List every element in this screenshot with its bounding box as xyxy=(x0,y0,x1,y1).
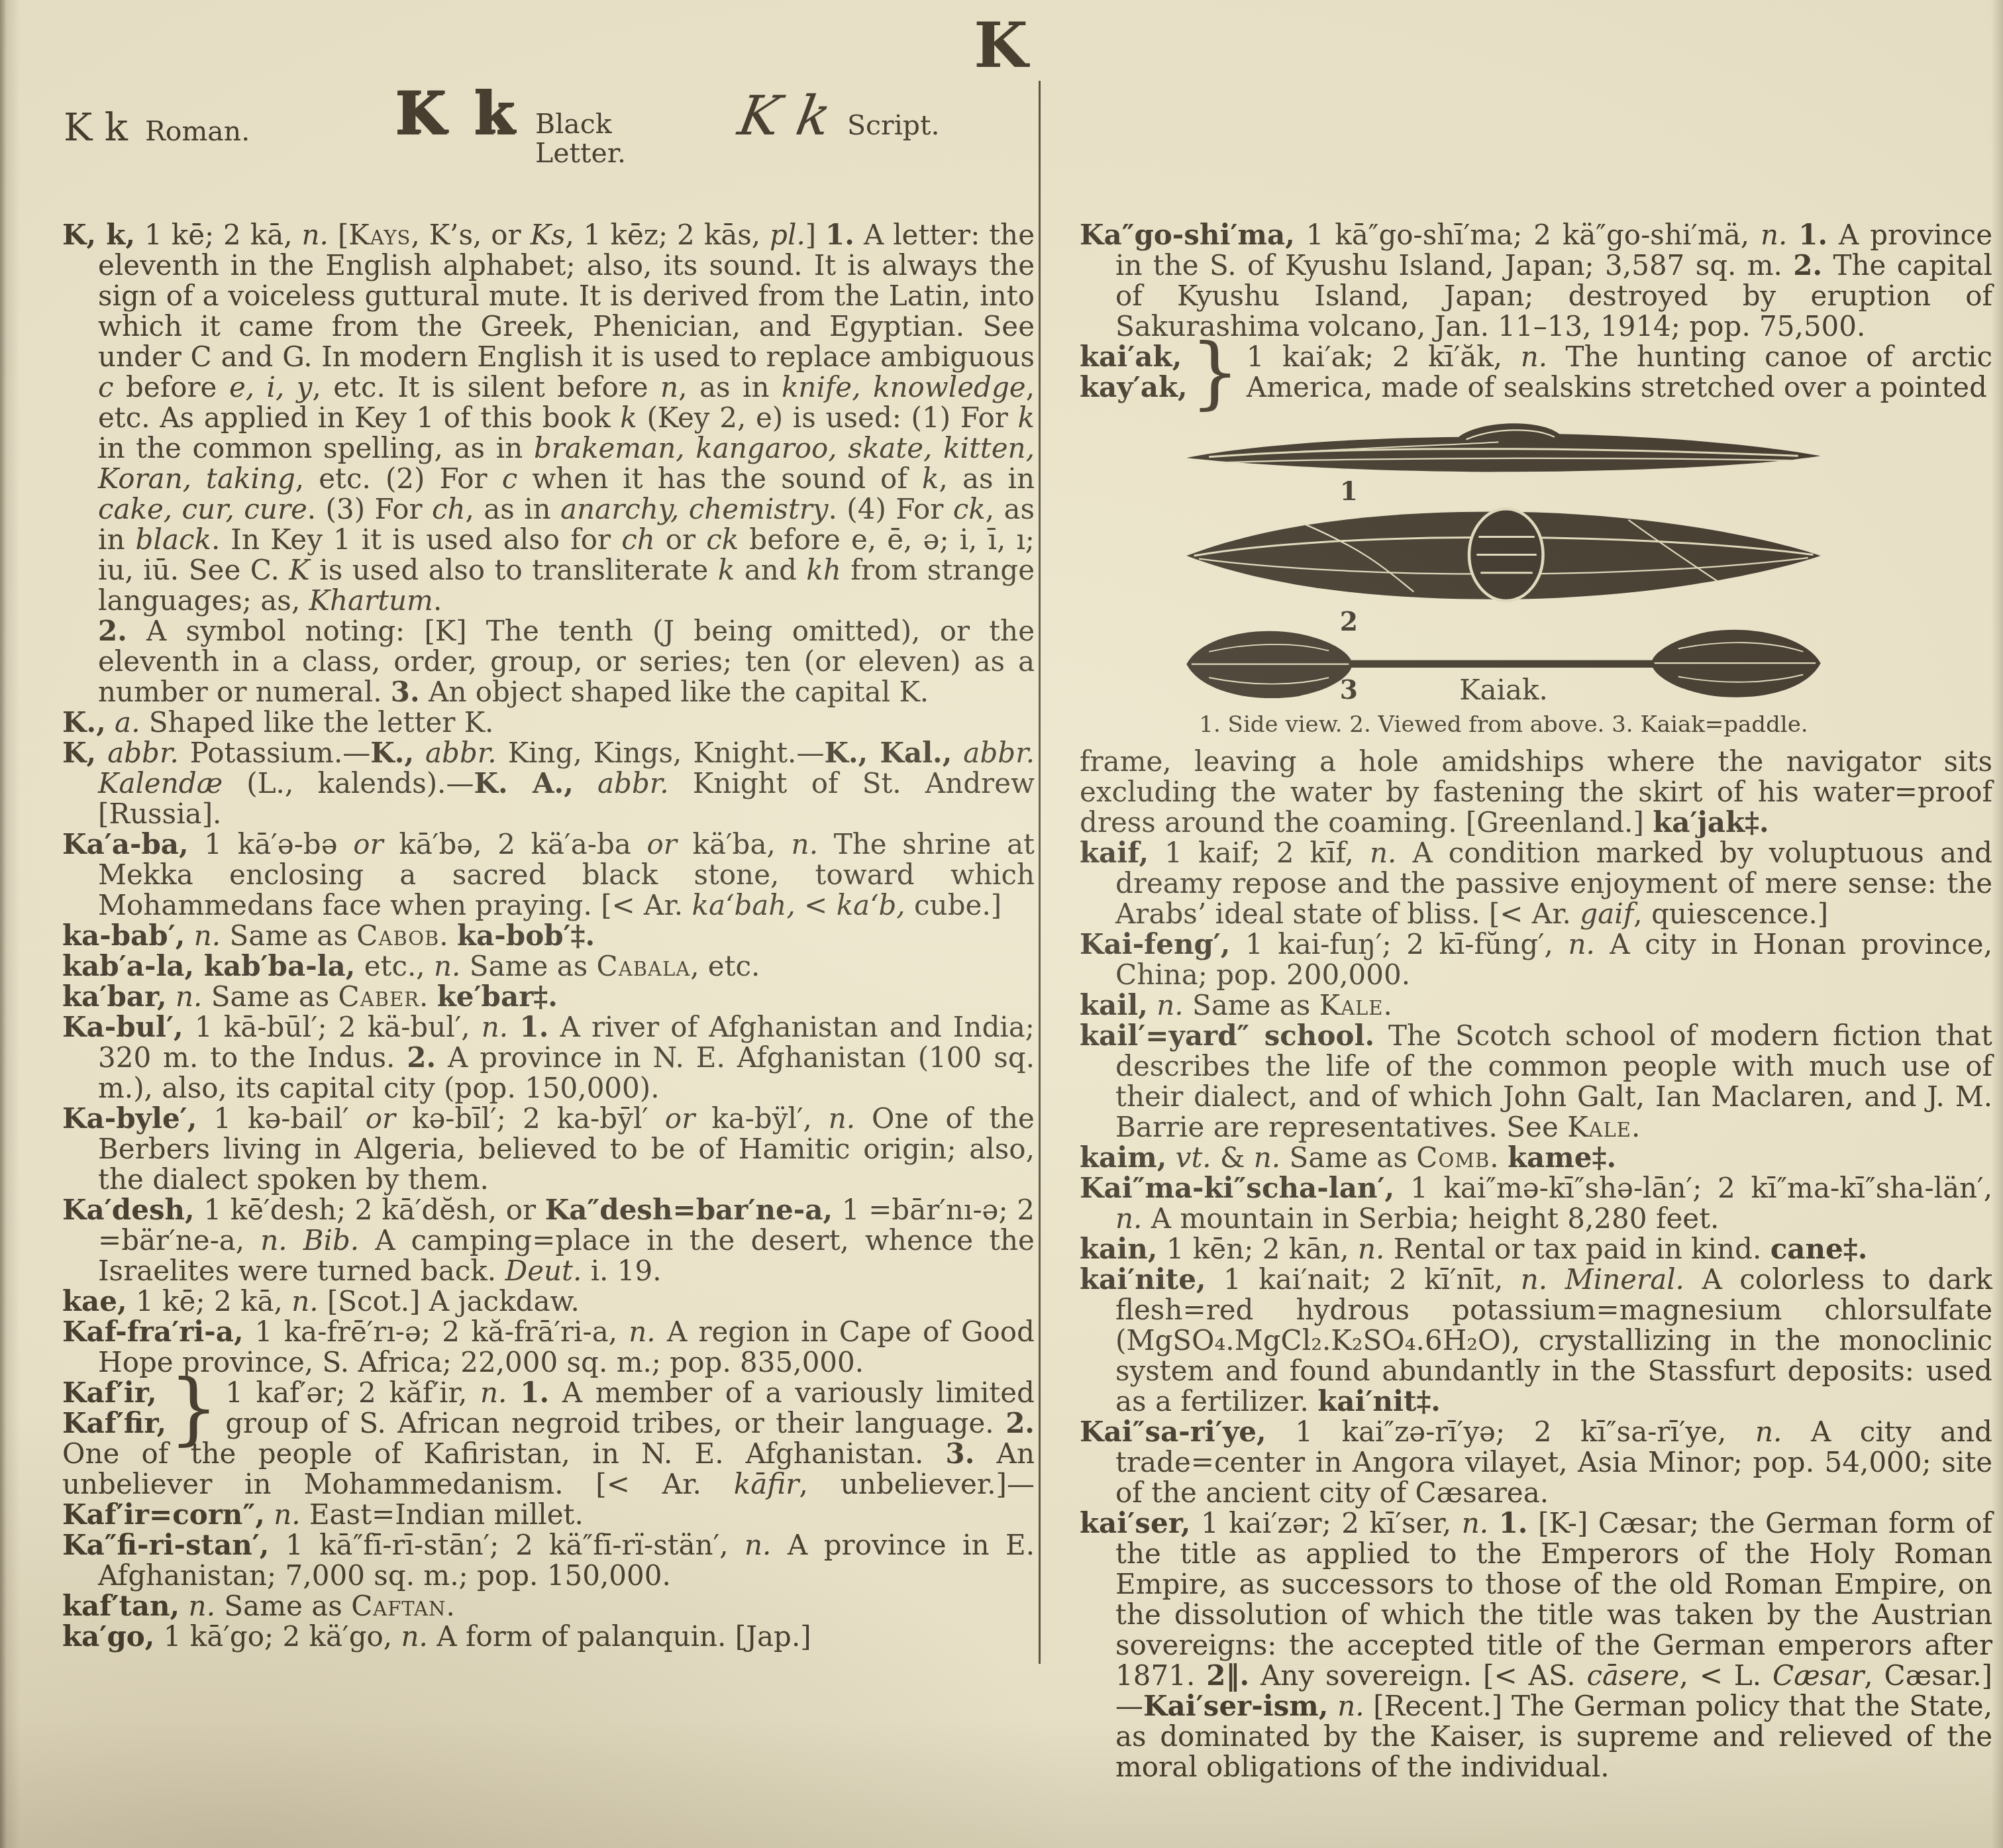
dictionary-entry: kail, n. Same as Kale. xyxy=(1080,990,1992,1021)
plain-text: . xyxy=(1490,1141,1508,1174)
plain-text: < xyxy=(796,889,837,921)
blackletter-letterform-sample: K k Black Letter. xyxy=(395,78,626,168)
italic-text: or xyxy=(353,828,383,860)
entry-headword: kai′nite, xyxy=(1080,1263,1206,1296)
column-divider xyxy=(1039,81,1041,1664)
entry-headword: 1. xyxy=(520,1376,549,1409)
plain-text: in the common spelling, as in xyxy=(98,432,534,464)
plain-text xyxy=(508,1011,519,1043)
plain-text: kā′bə, 2 kä′a-ba xyxy=(384,828,647,860)
plain-text: One of the people of Kafiristan, in N. E… xyxy=(62,1437,946,1470)
italic-text: kh xyxy=(806,554,841,586)
entry-headword: Kai″sa-ri′ye, xyxy=(1080,1415,1266,1448)
kayak-illustration: 1 2 3 xyxy=(1179,412,1828,701)
italic-text: Bib. xyxy=(303,1224,360,1257)
italic-text: n. xyxy=(1370,837,1396,869)
plain-text xyxy=(414,737,425,769)
plain-text: (Key 2, e) is used: (1) For xyxy=(637,401,1018,434)
italic-text: a. xyxy=(115,706,140,739)
plain-text: 1 kaif; 2 kīf, xyxy=(1149,837,1370,869)
entry-headword: Ka-bul′, xyxy=(62,1011,183,1043)
plain-text xyxy=(96,737,107,769)
italic-text: n. xyxy=(1337,1690,1364,1722)
bold-text: 1. xyxy=(1499,1507,1528,1539)
bold-text: 1. xyxy=(825,219,854,251)
plain-text: King, Kings, Knight.— xyxy=(497,737,825,769)
dictionary-entry: K., a. Shaped like the letter K. xyxy=(62,707,1035,738)
plain-text: i. 19. xyxy=(582,1255,661,1287)
bold-text: kai′nit‡. xyxy=(1317,1385,1441,1417)
dictionary-entry: Ka′a-ba, 1 kā′ə-bə or kā′bə, 2 kä′a-ba o… xyxy=(62,829,1035,921)
dictionary-entry: ka′go, 1 kā′go; 2 kä′go, n. A form of pa… xyxy=(62,1621,1035,1652)
entry-headword: Ka″fi-ri-stan′, xyxy=(62,1529,269,1561)
plain-text: . (4) For xyxy=(829,493,953,525)
entry-headword: K, k, xyxy=(62,219,135,251)
plain-text: is used also to transliterate xyxy=(310,554,718,586)
italic-text: e, i, y xyxy=(229,371,313,403)
italic-text: abbr. xyxy=(107,737,179,769)
small-caps-reference: Comb xyxy=(1416,1141,1490,1174)
script-letterform-sample: K k Script. xyxy=(739,85,940,148)
italic-text: n xyxy=(660,371,678,403)
entry-headword: K, xyxy=(62,737,96,769)
plain-text: Any sovereign. [< AS. xyxy=(1249,1659,1586,1692)
dictionary-entry: Kaf′ir,Kaf′fir,}1 kaf′ər; 2 kăf′ir, n. 1… xyxy=(62,1378,1035,1530)
italic-text: n. xyxy=(302,219,329,251)
italic-text: ch xyxy=(621,523,655,556)
entry-headword: kaim, xyxy=(1080,1141,1166,1174)
script-letters: K k xyxy=(734,85,836,148)
left-column: K, k, 1 kē; 2 kā, n. [Kays, K’s, or Ks, … xyxy=(62,220,1035,1652)
figure-number-3: 3 xyxy=(1340,675,1358,701)
italic-text: ka‘b, xyxy=(837,889,905,921)
plain-text: before xyxy=(114,371,229,403)
entry-subsection: 2. A symbol noting: [K] The tenth (J bei… xyxy=(62,616,1035,707)
dictionary-entry: kaf′tan, n. Same as Caftan. xyxy=(62,1591,1035,1621)
plain-text: [ xyxy=(329,219,348,251)
entry-headword: Ka′a-ba, xyxy=(62,828,189,860)
kayak-side-view-icon xyxy=(1186,423,1820,472)
italic-text: n. xyxy=(1115,1202,1142,1235)
bold-text: 2. xyxy=(98,615,127,647)
italic-text: n. xyxy=(1568,928,1594,960)
plain-text: . xyxy=(419,980,437,1013)
plain-text: , K’s, or xyxy=(411,219,530,251)
dictionary-entry: Ka″go-shi′ma, 1 kā″go-shī′ma; 2 kä″go-sh… xyxy=(1080,220,1992,342)
plain-text xyxy=(265,1498,274,1531)
entry-headword: ka′jak‡. xyxy=(1653,806,1769,839)
italic-text: vt. xyxy=(1176,1141,1211,1174)
plain-text xyxy=(1488,1507,1499,1539)
italic-text: abbr. xyxy=(963,737,1035,769)
plain-text xyxy=(1148,989,1156,1021)
italic-text: n. xyxy=(745,1529,771,1561)
dictionary-page-scan: { "page": { "title": "K" }, "colors": { … xyxy=(0,0,2003,1848)
entry-headword: Ka″go-shi′ma, xyxy=(1080,219,1295,251)
kayak-top-view-icon xyxy=(1186,509,1820,601)
page-title: K xyxy=(0,9,2003,82)
small-caps-reference: Cabala xyxy=(597,950,691,982)
italic-text: Deut. xyxy=(505,1255,582,1287)
kayak-figure: 1 2 3 Kaiak. 1. Side xyxy=(1179,412,1828,740)
entry-headword: Kai-feng′, xyxy=(1080,928,1231,960)
italic-text: Khartum xyxy=(309,584,433,617)
plain-text: . xyxy=(433,584,442,617)
entry-headword: kail′=yard″ school. xyxy=(1080,1019,1374,1052)
entry-headword: kai′ser, xyxy=(1080,1507,1190,1539)
italic-text: c xyxy=(502,462,518,495)
entry-headword: Kai″ma-ki″scha-lan′, xyxy=(1080,1172,1394,1204)
entry-headword: kai′ak, xyxy=(1080,342,1188,372)
dictionary-entry: kai′nite, 1 kai′nait; 2 kī′nīt, n. Miner… xyxy=(1080,1264,1992,1417)
dictionary-entry: ka-bab′, n. Same as Cabob. ka-bob′‡. xyxy=(62,921,1035,951)
plain-text xyxy=(185,919,193,952)
dictionary-entry: Ka-bul′, 1 kā-būl′; 2 kä-bul′, n. 1. A r… xyxy=(62,1012,1035,1104)
bold-text: 3. xyxy=(391,676,420,708)
bold-text: 2. xyxy=(1005,1407,1035,1439)
italic-text: n. xyxy=(291,1285,318,1317)
italic-text: n. xyxy=(176,980,202,1013)
plain-text: Same as xyxy=(1280,1141,1416,1174)
plain-text: , as in xyxy=(466,493,561,525)
dictionary-entry: K, k, 1 kē; 2 kā, n. [Kays, K’s, or Ks, … xyxy=(62,220,1035,616)
plain-text: . xyxy=(439,919,457,952)
plain-text: 1 kā′ə-bə xyxy=(189,828,354,860)
dictionary-entry: kail′=yard″ school. The Scotch school of… xyxy=(1080,1021,1992,1143)
bold-text: K., Kal., xyxy=(824,737,952,769)
italic-text: or xyxy=(665,1102,695,1135)
plain-text: Potassium.— xyxy=(179,737,371,769)
small-caps-reference: Caber xyxy=(338,980,419,1013)
entry-headword: ka-bab′, xyxy=(62,919,185,952)
plain-text: & xyxy=(1211,1141,1254,1174)
brace-headwords: Kaf′ir,Kaf′fir,} xyxy=(62,1378,219,1439)
plain-text: , etc. xyxy=(690,950,760,982)
bold-text: ka-bob′‡. xyxy=(457,919,595,952)
letterforms-header: K k Roman. K k Black Letter. K k Script. xyxy=(64,78,1971,164)
plain-text: , as in xyxy=(939,462,1035,495)
small-caps-reference: Cabob xyxy=(356,919,439,952)
italic-text: n. xyxy=(274,1498,300,1531)
blackletter-letters: K k xyxy=(395,78,518,147)
bold-text: 2. xyxy=(1793,249,1822,282)
plain-text: frame, leaving a hole amidships where th… xyxy=(1080,745,1992,839)
italic-text: n. xyxy=(260,1224,287,1257)
plain-text: ka-bÿl′, xyxy=(695,1102,829,1135)
dictionary-entry: Ka″fi-ri-stan′, 1 kā″fī-rī-stān′; 2 kä″f… xyxy=(62,1530,1035,1591)
bold-text: Ka″desh=bar′ne-a, xyxy=(545,1194,833,1226)
plain-text xyxy=(106,706,115,739)
dictionary-entry: Kai″sa-ri′ye, 1 kai″zə-rī′yə; 2 kī″sa-rī… xyxy=(1080,1417,1992,1508)
plain-text xyxy=(287,1224,303,1257)
roman-label: Roman. xyxy=(145,115,250,147)
entry-headword: K., xyxy=(62,706,106,739)
small-caps-reference: Caftan xyxy=(351,1590,446,1622)
plain-text: . xyxy=(1384,989,1392,1021)
roman-letterform-sample: K k Roman. xyxy=(64,105,250,150)
plain-text: 1 kā′go; 2 kä′go, xyxy=(154,1620,401,1653)
plain-text: 1 kā-būl′; 2 kä-bul′, xyxy=(183,1011,482,1043)
plain-text xyxy=(1328,1690,1337,1722)
brace-icon: } xyxy=(169,1378,219,1439)
italic-text: n. xyxy=(1521,1263,1547,1296)
plain-text: . xyxy=(446,1590,454,1622)
entry-headword: kab′a-la, kab′ba-la, xyxy=(62,950,355,982)
italic-text: ck xyxy=(706,523,739,556)
italic-text: n. xyxy=(1254,1141,1280,1174)
plain-text: An object shaped like the capital K. xyxy=(420,676,929,708)
brace-headwords: kai′ak,kay′ak,} xyxy=(1080,342,1240,403)
plain-text: , 1 kēz; 2 kās, xyxy=(566,219,770,251)
plain-text: , quiescence.] xyxy=(1633,898,1828,930)
italic-text: n. xyxy=(1521,340,1547,373)
italic-text: anarchy, chemistry xyxy=(560,493,829,525)
italic-text: n. xyxy=(401,1620,428,1653)
dictionary-entry: Ka-byle′, 1 kə-bail′ or kə-bīl′; 2 ka-bȳ… xyxy=(62,1104,1035,1195)
entry-headword: Kaf-fra′ri-a, xyxy=(62,1315,244,1348)
bold-text: Kai′ser-ism, xyxy=(1143,1690,1328,1722)
plain-text: 1 kai″mə-kī″shə-lān′; 2 kī″ma-kī″sha-län… xyxy=(1394,1172,1992,1204)
plain-text: East=Indian millet. xyxy=(301,1498,584,1531)
italic-text: n. xyxy=(1358,1233,1384,1265)
italic-text: ka‘bah, xyxy=(692,889,796,921)
plain-text: Same as xyxy=(215,1590,351,1622)
figure-number-1: 1 xyxy=(1340,476,1358,507)
dictionary-entry: Ka′desh, 1 kē′desh; 2 kā′dĕsh, or Ka″des… xyxy=(62,1195,1035,1286)
figure-legend: 1. Side view. 2. Viewed from above. 3. K… xyxy=(1119,709,1888,740)
figure-number-2: 2 xyxy=(1340,607,1358,637)
plain-text: 1 kai″zə-rī′yə; 2 kī″sa-rī′ye, xyxy=(1266,1415,1755,1448)
italic-text: k xyxy=(922,462,939,495)
script-label: Script. xyxy=(847,109,940,141)
plain-text: A form of palanquin. [Jap.] xyxy=(428,1620,811,1653)
plain-text: [Scot.] A jackdaw. xyxy=(319,1285,580,1317)
plain-text xyxy=(574,767,597,799)
italic-text: Ks xyxy=(531,219,566,251)
italic-text: abbr. xyxy=(425,737,497,769)
dictionary-entry: ka′bar, n. Same as Caber. ke′bar‡. xyxy=(62,982,1035,1012)
entry-headword: kay′ak, xyxy=(1080,372,1188,403)
entry-headword: ka′bar, xyxy=(62,980,167,1013)
plain-text: 1 kā″go-shī′ma; 2 kä″go-shi′mä, xyxy=(1295,219,1761,251)
roman-letters: K k xyxy=(64,105,128,150)
plain-text: , as in xyxy=(678,371,782,403)
plain-text: kä′ba, xyxy=(677,828,792,860)
plain-text: Rental or tax paid in kind. xyxy=(1384,1233,1770,1265)
entry-headword: kail, xyxy=(1080,989,1148,1021)
dictionary-entry: kab′a-la, kab′ba-la, etc., n. Same as Ca… xyxy=(62,951,1035,982)
plain-text: Same as xyxy=(202,980,338,1013)
italic-text: Cæsar xyxy=(1772,1659,1864,1692)
plain-text xyxy=(1166,1141,1175,1174)
entry-headword: Ka′desh, xyxy=(62,1194,195,1226)
entry-headword: Kaf′ir, xyxy=(62,1378,166,1408)
dictionary-entry: kaif, 1 kaif; 2 kīf, n. A condition mark… xyxy=(1080,838,1992,929)
blackletter-label: Black Letter. xyxy=(535,109,626,168)
italic-text: or xyxy=(647,828,677,860)
plain-text: 1 kē; 2 kā, xyxy=(127,1285,292,1317)
plain-text: kə-bīl′; 2 ka-bȳl′ xyxy=(395,1102,665,1135)
italic-text: n. xyxy=(482,1011,508,1043)
plain-text xyxy=(167,980,176,1013)
dictionary-entry: Kai-feng′, 1 kai-fuŋ′; 2 kī-fŭng′, n. A … xyxy=(1080,929,1992,990)
italic-text: cake, cur, cure xyxy=(98,493,307,525)
plain-text: ] xyxy=(805,219,825,251)
plain-text: Shaped like the letter K. xyxy=(140,706,494,739)
italic-text: c xyxy=(98,371,114,403)
bold-text: cane‡. xyxy=(1771,1233,1868,1265)
dictionary-entry: kai′ser, 1 kai′zər; 2 kī′ser, n. 1. [K-]… xyxy=(1080,1508,1992,1782)
dictionary-entry: kain, 1 kēn; 2 kān, n. Rental or tax pai… xyxy=(1080,1234,1992,1264)
plain-text: 1 kē; 2 kā, xyxy=(135,219,301,251)
plain-text: , etc. (2) For xyxy=(295,462,502,495)
plain-text: or xyxy=(655,523,707,556)
plain-text: etc., xyxy=(355,950,434,982)
plain-text: , etc. It is silent before xyxy=(312,371,660,403)
entry-headword: Kaf′fir, xyxy=(62,1408,166,1439)
bold-text: kame‡. xyxy=(1508,1141,1616,1174)
plain-text xyxy=(1787,219,1798,251)
plain-text: 1 kə-bail′ xyxy=(197,1102,365,1135)
bold-text: 1. xyxy=(519,1011,548,1043)
entry-headword: kae, xyxy=(62,1285,127,1317)
italic-text: n. xyxy=(1462,1507,1488,1539)
plain-text: A mountain in Serbia; height 8,280 feet. xyxy=(1142,1202,1719,1235)
plain-text: Same as xyxy=(1184,989,1319,1021)
plain-text xyxy=(507,1376,520,1409)
plain-text: Same as xyxy=(460,950,596,982)
plain-text: 1 kai-fuŋ′; 2 kī-fŭng′, xyxy=(1231,928,1568,960)
small-caps-reference: Kale xyxy=(1319,989,1384,1021)
plain-text: when it has the sound of xyxy=(517,462,922,495)
italic-text: n. xyxy=(829,1102,855,1135)
plain-text: . (3) For xyxy=(307,493,432,525)
plain-text: 1 kai′ak; 2 kī′ăk, xyxy=(1247,340,1521,373)
plain-text xyxy=(180,1590,188,1622)
plain-text: 1 kā″fī-rī-stān′; 2 kä″fī-rï-stän′, xyxy=(269,1529,745,1561)
italic-text: n. xyxy=(1156,989,1183,1021)
dictionary-entry: K, abbr. Potassium.—K., abbr. King, King… xyxy=(62,738,1035,829)
plain-text: 1 kai′nait; 2 kī′nīt, xyxy=(1206,1263,1521,1296)
entry-headword: kaf′tan, xyxy=(62,1590,180,1622)
italic-text: n. xyxy=(629,1315,655,1348)
plain-text: (L., kalends).— xyxy=(223,767,474,799)
plain-text: cube.] xyxy=(905,889,1001,921)
italic-text: n. xyxy=(1755,1415,1782,1448)
italic-text: abbr. xyxy=(597,767,669,799)
italic-text: kāfir xyxy=(734,1468,799,1500)
brace-icon: } xyxy=(1190,342,1240,403)
italic-text: n. xyxy=(189,1590,215,1622)
plain-text: 1 kēn; 2 kān, xyxy=(1157,1233,1358,1265)
italic-text: n. xyxy=(1761,219,1787,251)
plain-text: , < L. xyxy=(1679,1659,1772,1692)
plain-text: 1 kaf′ər; 2 kăf′ir, xyxy=(225,1376,480,1409)
plain-text: 1 kai′zər; 2 kī′ser, xyxy=(1190,1507,1461,1539)
dictionary-entry: Kaf-fra′ri-a, 1 ka-frē′rı-ə; 2 kă-frā′ri… xyxy=(62,1317,1035,1378)
italic-text: Kalendæ xyxy=(98,767,223,799)
italic-text: K xyxy=(289,554,309,586)
dictionary-entry: kae, 1 kē; 2 kā, n. [Scot.] A jackdaw. xyxy=(62,1286,1035,1317)
entry-headword: ka′go, xyxy=(62,1620,154,1653)
dictionary-entry: kaim, vt. & n. Same as Comb. kame‡. xyxy=(1080,1143,1992,1173)
italic-text: n. xyxy=(434,950,460,982)
plain-text: 1 ka-frē′rı-ə; 2 kă-frā′ri-a, xyxy=(244,1315,629,1348)
plain-text: Same as xyxy=(221,919,356,952)
small-caps-reference: Kale xyxy=(1567,1111,1631,1143)
italic-text: ch xyxy=(432,493,466,525)
entry-headword: Ka-byle′, xyxy=(62,1102,197,1135)
plain-text: , unbeliever.]— xyxy=(799,1468,1035,1500)
plain-text xyxy=(952,737,963,769)
plain-text xyxy=(1547,1263,1565,1296)
bold-text: Kaf′ir=corn″, xyxy=(62,1498,265,1531)
italic-text: cāsere xyxy=(1586,1659,1679,1692)
italic-text: k xyxy=(718,554,735,586)
italic-text: ck xyxy=(953,493,986,525)
entry-headword: kaif, xyxy=(1080,837,1149,869)
italic-text: n. xyxy=(194,919,221,952)
dictionary-entry: kai′ak,kay′ak,}1 kai′ak; 2 kī′ăk, n. The… xyxy=(1080,342,1992,403)
italic-text: Mineral. xyxy=(1565,1263,1684,1296)
dictionary-entry: Kai″ma-ki″scha-lan′, 1 kai″mə-kī″shə-lān… xyxy=(1080,1173,1992,1234)
entry-continuation: frame, leaving a hole amidships where th… xyxy=(1080,746,1992,838)
italic-text: n. xyxy=(792,828,818,860)
plain-text: and xyxy=(735,554,806,586)
bold-text: K. A., xyxy=(474,767,573,799)
plain-text: . xyxy=(1631,1111,1640,1143)
bold-text: 3. xyxy=(946,1437,975,1470)
italic-text: k xyxy=(620,401,637,434)
italic-text: n. xyxy=(480,1376,507,1409)
bold-text: K., xyxy=(370,737,414,769)
italic-text: or xyxy=(366,1102,395,1135)
small-caps-reference: Kays xyxy=(348,219,411,251)
italic-text: gaif xyxy=(1580,898,1633,930)
italic-text: k xyxy=(1018,401,1035,434)
plain-text: 1 kē′desh; 2 kā′dĕsh, or xyxy=(195,1194,545,1226)
entry-headword: kain, xyxy=(1080,1233,1157,1265)
italic-text: black xyxy=(136,523,211,556)
right-column: Ka″go-shi′ma, 1 kā″go-shī′ma; 2 kä″go-sh… xyxy=(1080,220,1992,1782)
bold-text: 2‖. xyxy=(1206,1659,1249,1692)
plain-text: . In Key 1 it is used also for xyxy=(211,523,621,556)
italic-text: knife, knowledge xyxy=(782,371,1026,403)
bold-text: 1. xyxy=(1798,219,1827,251)
italic-text: pl. xyxy=(770,219,805,251)
bold-text: 2. xyxy=(407,1041,436,1074)
bold-text: ke′bar‡. xyxy=(437,980,558,1013)
